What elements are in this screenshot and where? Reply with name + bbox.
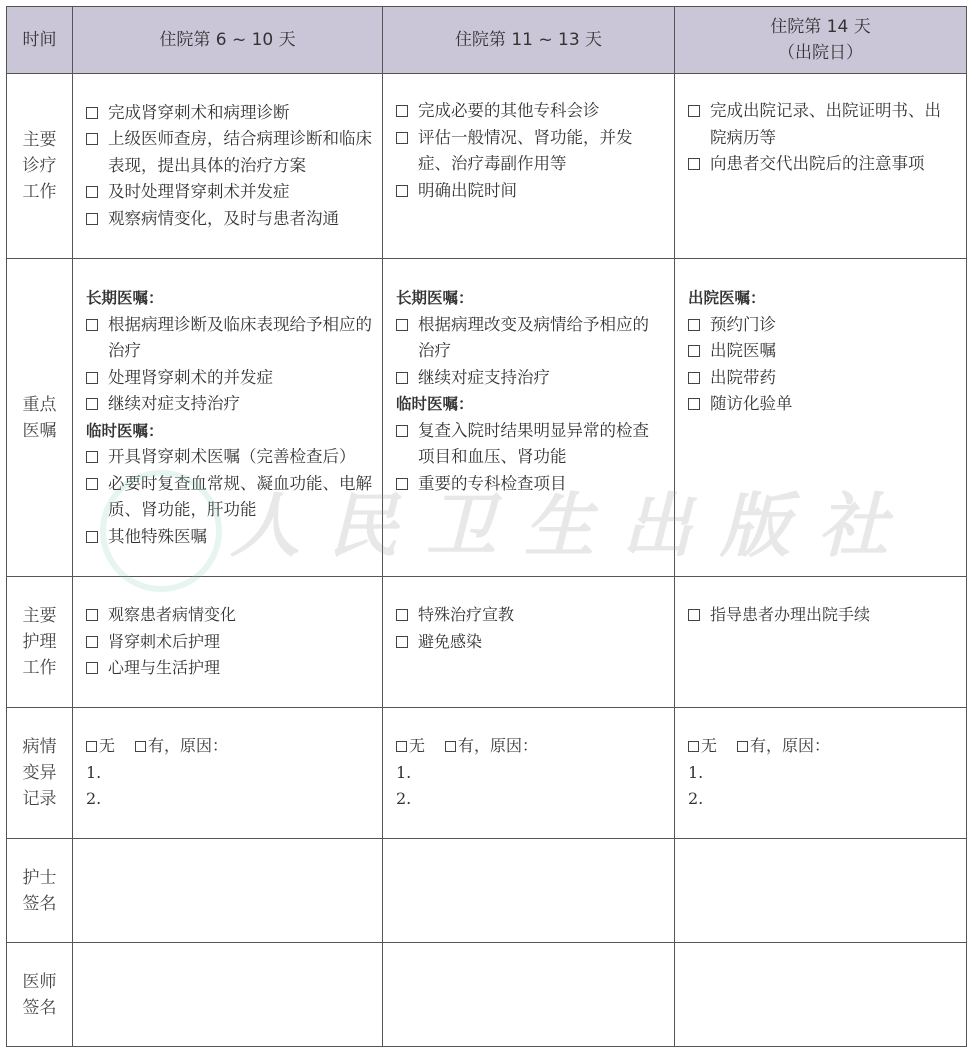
header-label: 住院第 11 ~ 13 天 — [455, 30, 602, 50]
checkbox-icon[interactable] — [688, 609, 700, 621]
cell-diagnosis-col3: 完成出院记录、出院证明书、出院病历等 向患者交代出院后的注意事项 — [675, 74, 967, 259]
item-text: 出院医嘱 — [710, 341, 776, 360]
clinical-pathway-table: 时间 住院第 6 ~ 10 天 住院第 11 ~ 13 天 住院第 14 天 （… — [6, 6, 967, 1047]
checklist-item[interactable]: 完成必要的其他专科会诊 — [396, 98, 664, 125]
row-label-orders: 重点 医嘱 — [7, 259, 73, 577]
label-line: 签名 — [7, 891, 72, 917]
item-text: 指导患者办理出院手续 — [710, 605, 870, 624]
label-line: 记录 — [7, 786, 72, 812]
long-term-orders-heading: 长期医嘱： — [86, 285, 372, 312]
item-text: 观察病情变化，及时与患者沟通 — [108, 209, 339, 228]
item-text: 其他特殊医嘱 — [108, 527, 207, 546]
header-day-6-10: 住院第 6 ~ 10 天 — [73, 7, 383, 74]
checklist-item[interactable]: 根据病理诊断及临床表现给予相应的治疗 — [86, 312, 372, 365]
row-label-nursing: 主要 护理 工作 — [7, 577, 73, 708]
checkbox-yes-icon[interactable] — [135, 741, 146, 752]
checkbox-icon[interactable] — [688, 158, 700, 170]
checklist-item[interactable]: 心理与生活护理 — [86, 655, 372, 682]
reason-line-1[interactable]: 1. — [86, 760, 372, 787]
option-none-label: 无 — [701, 736, 717, 755]
checkbox-icon[interactable] — [86, 609, 98, 621]
checklist-item[interactable]: 评估一般情况、肾功能，并发症、治疗毒副作用等 — [396, 125, 664, 178]
checkbox-icon[interactable] — [396, 425, 408, 437]
item-text: 根据病理诊断及临床表现给予相应的治疗 — [108, 315, 372, 361]
reason-line-1[interactable]: 1. — [396, 760, 664, 787]
temporary-orders-heading: 临时医嘱： — [86, 418, 372, 445]
checklist-item[interactable]: 预约门诊 — [688, 312, 956, 339]
cell-variation-col3: 无有，原因： 1. 2. — [675, 708, 967, 839]
checkbox-icon[interactable] — [396, 319, 408, 331]
doctor-signature-field-col1[interactable] — [73, 943, 383, 1047]
header-time: 时间 — [7, 7, 73, 74]
checkbox-yes-icon[interactable] — [445, 741, 456, 752]
checklist-item[interactable]: 出院医嘱 — [688, 338, 956, 365]
item-text: 必要时复查血常规、凝血功能、电解质、肾功能，肝功能 — [108, 474, 372, 520]
checklist-item[interactable]: 重要的专科检查项目 — [396, 471, 664, 498]
checkbox-icon[interactable] — [396, 105, 408, 117]
option-yes-label: 有，原因： — [750, 736, 830, 755]
reason-line-2[interactable]: 2. — [396, 786, 664, 813]
checklist-item[interactable]: 开具肾穿刺术医嘱（完善检查后） — [86, 444, 372, 471]
option-yes-label: 有，原因： — [148, 736, 228, 755]
discharge-orders-heading: 出院医嘱： — [688, 285, 956, 312]
checklist-item[interactable]: 观察病情变化，及时与患者沟通 — [86, 206, 372, 233]
checkbox-icon[interactable] — [86, 213, 98, 225]
row-doctor-signature: 医师 签名 — [7, 943, 967, 1047]
long-term-orders-heading: 长期医嘱： — [396, 285, 664, 312]
checkbox-icon[interactable] — [86, 186, 98, 198]
checkbox-icon[interactable] — [396, 636, 408, 648]
cell-nursing-col1: 观察患者病情变化 肾穿刺术后护理 心理与生活护理 — [73, 577, 383, 708]
label-line: 医嘱 — [7, 418, 72, 444]
label-line: 工作 — [7, 655, 72, 681]
checkbox-icon[interactable] — [688, 105, 700, 117]
checkbox-icon[interactable] — [86, 107, 98, 119]
checklist-item[interactable]: 避免感染 — [396, 629, 664, 656]
checklist-item[interactable]: 继续对症支持治疗 — [86, 391, 372, 418]
variation-options: 无有，原因： — [396, 733, 664, 760]
item-text: 开具肾穿刺术医嘱（完善检查后） — [108, 447, 356, 466]
checkbox-icon[interactable] — [86, 451, 98, 463]
label-line: 主要 — [7, 603, 72, 629]
header-day-14: 住院第 14 天 （出院日） — [675, 7, 967, 74]
checkbox-icon[interactable] — [86, 636, 98, 648]
cell-nursing-col3: 指导患者办理出院手续 — [675, 577, 967, 708]
checklist-item[interactable]: 完成出院记录、出院证明书、出院病历等 — [688, 98, 956, 151]
doctor-signature-field-col3[interactable] — [675, 943, 967, 1047]
label-line: 重点 — [7, 392, 72, 418]
checklist-item[interactable]: 其他特殊医嘱 — [86, 524, 372, 551]
checkbox-icon[interactable] — [396, 185, 408, 197]
checkbox-icon[interactable] — [86, 372, 98, 384]
item-text: 处理肾穿刺术的并发症 — [108, 368, 273, 387]
checklist-item[interactable]: 出院带药 — [688, 365, 956, 392]
label-line: 工作 — [7, 179, 72, 205]
checklist-item[interactable]: 上级医师查房，结合病理诊断和临床表现，提出具体的治疗方案 — [86, 126, 372, 179]
item-text: 出院带药 — [710, 368, 776, 387]
item-text: 随访化验单 — [710, 394, 793, 413]
checkbox-icon[interactable] — [396, 372, 408, 384]
item-text: 预约门诊 — [710, 315, 776, 334]
label-line: 诊疗 — [7, 153, 72, 179]
item-text: 观察患者病情变化 — [108, 605, 236, 624]
checklist-item[interactable]: 及时处理肾穿刺术并发症 — [86, 179, 372, 206]
checklist-item[interactable]: 继续对症支持治疗 — [396, 365, 664, 392]
row-diagnosis: 主要 诊疗 工作 完成肾穿刺术和病理诊断 上级医师查房，结合病理诊断和临床表现，… — [7, 74, 967, 259]
label-line: 主要 — [7, 127, 72, 153]
checklist-item[interactable]: 肾穿刺术后护理 — [86, 629, 372, 656]
checklist-item[interactable]: 随访化验单 — [688, 391, 956, 418]
header-day-11-13: 住院第 11 ~ 13 天 — [383, 7, 675, 74]
nurse-signature-field-col3[interactable] — [675, 839, 967, 943]
checklist-item[interactable]: 特殊治疗宣教 — [396, 602, 664, 629]
row-nursing: 主要 护理 工作 观察患者病情变化 肾穿刺术后护理 心理与生活护理 特殊治疗宣教… — [7, 577, 967, 708]
item-text: 复查入院时结果明显异常的检查项目和血压、肾功能 — [418, 421, 649, 467]
item-text: 完成出院记录、出院证明书、出院病历等 — [710, 101, 941, 147]
cell-variation-col1: 无有，原因： 1. 2. — [73, 708, 383, 839]
reason-line-1[interactable]: 1. — [688, 760, 956, 787]
nurse-signature-field-col1[interactable] — [73, 839, 383, 943]
label-line: 护士 — [7, 865, 72, 891]
item-text: 完成必要的其他专科会诊 — [418, 101, 600, 120]
item-text: 重要的专科检查项目 — [418, 474, 567, 493]
item-text: 评估一般情况、肾功能，并发症、治疗毒副作用等 — [418, 128, 633, 174]
checkbox-icon[interactable] — [86, 478, 98, 490]
row-label-variation: 病情 变异 记录 — [7, 708, 73, 839]
doctor-signature-field-col2[interactable] — [383, 943, 675, 1047]
temporary-orders-heading: 临时医嘱： — [396, 391, 664, 418]
checklist-item[interactable]: 向患者交代出院后的注意事项 — [688, 151, 956, 178]
item-text: 避免感染 — [418, 632, 482, 651]
checkbox-icon[interactable] — [86, 662, 98, 674]
checklist-item[interactable]: 复查入院时结果明显异常的检查项目和血压、肾功能 — [396, 418, 664, 471]
checkbox-none-icon[interactable] — [688, 741, 699, 752]
header-label: 住院第 6 ~ 10 天 — [159, 30, 295, 50]
checklist-item[interactable]: 处理肾穿刺术的并发症 — [86, 365, 372, 392]
row-label-doctor-signature: 医师 签名 — [7, 943, 73, 1047]
row-orders: 重点 医嘱 长期医嘱： 根据病理诊断及临床表现给予相应的治疗 处理肾穿刺术的并发… — [7, 259, 967, 577]
row-label-diagnosis: 主要 诊疗 工作 — [7, 74, 73, 259]
header-label: 住院第 14 天 — [675, 14, 966, 40]
cell-diagnosis-col2: 完成必要的其他专科会诊 评估一般情况、肾功能，并发症、治疗毒副作用等 明确出院时… — [383, 74, 675, 259]
checkbox-icon[interactable] — [396, 609, 408, 621]
checkbox-yes-icon[interactable] — [737, 741, 748, 752]
label-line: 病情 — [7, 734, 72, 760]
reason-line-2[interactable]: 2. — [86, 786, 372, 813]
item-text: 肾穿刺术后护理 — [108, 632, 220, 651]
item-text: 根据病理改变及病情给予相应的治疗 — [418, 315, 649, 361]
checklist-item[interactable]: 根据病理改变及病情给予相应的治疗 — [396, 312, 664, 365]
checkbox-icon[interactable] — [86, 531, 98, 543]
nurse-signature-field-col2[interactable] — [383, 839, 675, 943]
checkbox-icon[interactable] — [86, 133, 98, 145]
checkbox-icon[interactable] — [86, 319, 98, 331]
checklist-item[interactable]: 观察患者病情变化 — [86, 602, 372, 629]
checklist-item[interactable]: 指导患者办理出院手续 — [688, 602, 956, 629]
header-row: 时间 住院第 6 ~ 10 天 住院第 11 ~ 13 天 住院第 14 天 （… — [7, 7, 967, 74]
row-label-nurse-signature: 护士 签名 — [7, 839, 73, 943]
cell-diagnosis-col1: 完成肾穿刺术和病理诊断 上级医师查房，结合病理诊断和临床表现，提出具体的治疗方案… — [73, 74, 383, 259]
item-text: 心理与生活护理 — [108, 658, 220, 677]
option-none-label: 无 — [409, 736, 425, 755]
item-text: 继续对症支持治疗 — [418, 368, 550, 387]
label-line: 医师 — [7, 969, 72, 995]
label-line: 签名 — [7, 995, 72, 1021]
header-sublabel: （出院日） — [675, 40, 966, 66]
checkbox-icon[interactable] — [688, 398, 700, 410]
checkbox-icon[interactable] — [688, 319, 700, 331]
checklist-item[interactable]: 必要时复查血常规、凝血功能、电解质、肾功能，肝功能 — [86, 471, 372, 524]
checkbox-icon[interactable] — [86, 398, 98, 410]
checkbox-icon[interactable] — [688, 345, 700, 357]
option-yes-label: 有，原因： — [458, 736, 538, 755]
item-text: 及时处理肾穿刺术并发症 — [108, 182, 290, 201]
checkbox-none-icon[interactable] — [396, 741, 407, 752]
cell-variation-col2: 无有，原因： 1. 2. — [383, 708, 675, 839]
checkbox-icon[interactable] — [688, 372, 700, 384]
variation-options: 无有，原因： — [86, 733, 372, 760]
row-variation: 病情 变异 记录 无有，原因： 1. 2. 无有，原因： 1. 2. 无有，原因… — [7, 708, 967, 839]
checklist-item[interactable]: 明确出院时间 — [396, 178, 664, 205]
checklist-item[interactable]: 完成肾穿刺术和病理诊断 — [86, 100, 372, 127]
cell-orders-col1: 长期医嘱： 根据病理诊断及临床表现给予相应的治疗 处理肾穿刺术的并发症 继续对症… — [73, 259, 383, 577]
clinical-pathway-table-container: 时间 住院第 6 ~ 10 天 住院第 11 ~ 13 天 住院第 14 天 （… — [6, 6, 966, 1047]
reason-line-2[interactable]: 2. — [688, 786, 956, 813]
item-text: 完成肾穿刺术和病理诊断 — [108, 103, 290, 122]
checkbox-icon[interactable] — [396, 132, 408, 144]
checkbox-icon[interactable] — [396, 478, 408, 490]
option-none-label: 无 — [99, 736, 115, 755]
item-text: 特殊治疗宣教 — [418, 605, 514, 624]
item-text: 继续对症支持治疗 — [108, 394, 240, 413]
item-text: 明确出院时间 — [418, 181, 517, 200]
cell-orders-col3: 出院医嘱： 预约门诊 出院医嘱 出院带药 随访化验单 — [675, 259, 967, 577]
variation-options: 无有，原因： — [688, 733, 956, 760]
cell-orders-col2: 长期医嘱： 根据病理改变及病情给予相应的治疗 继续对症支持治疗 临时医嘱： 复查… — [383, 259, 675, 577]
label-line: 变异 — [7, 760, 72, 786]
cell-nursing-col2: 特殊治疗宣教 避免感染 — [383, 577, 675, 708]
checkbox-none-icon[interactable] — [86, 741, 97, 752]
row-nurse-signature: 护士 签名 — [7, 839, 967, 943]
item-text: 向患者交代出院后的注意事项 — [710, 154, 925, 173]
label-line: 护理 — [7, 629, 72, 655]
item-text: 上级医师查房，结合病理诊断和临床表现，提出具体的治疗方案 — [108, 129, 372, 175]
